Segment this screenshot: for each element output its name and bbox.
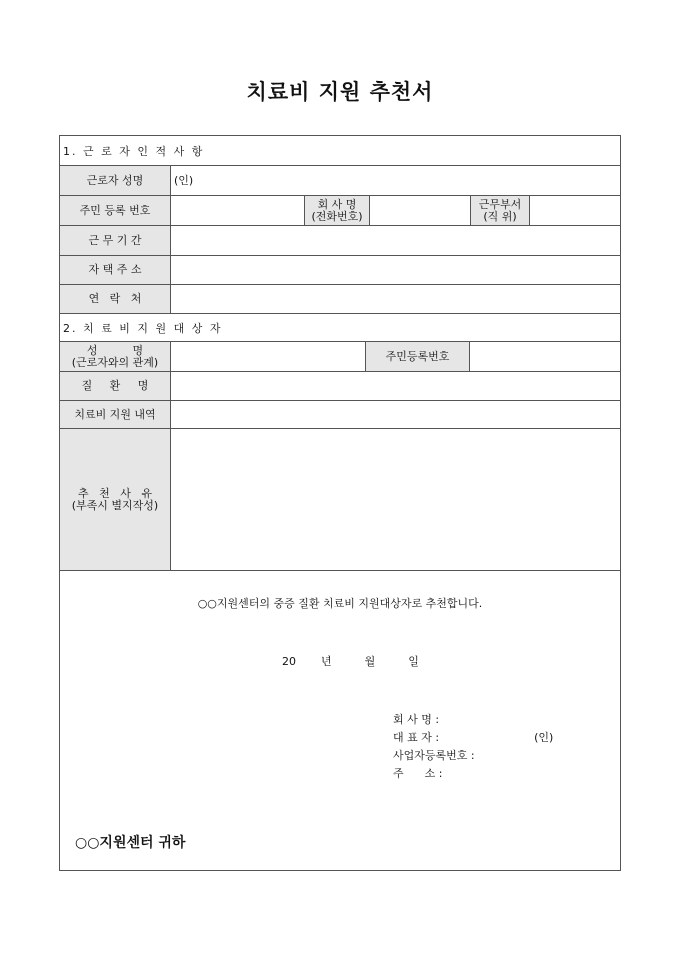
disease-row: 질 환 명 bbox=[60, 372, 620, 401]
work-period-label: 근 무 기 간 bbox=[60, 226, 171, 255]
signature-block: 회 사 명 : 대 표 자 : (인) 사업자등록번호 : 주 소 : bbox=[393, 711, 553, 783]
document-title: 치료비 지원 추천서 bbox=[0, 76, 680, 106]
signature-address-line: 주 소 : bbox=[393, 765, 553, 783]
section1-heading: 1. 근 로 자 인 적 사 항 bbox=[60, 136, 620, 165]
reason-row: 추 천 사 유 (부족시 별지작성) bbox=[60, 429, 620, 571]
contact-row: 연 락 처 bbox=[60, 285, 620, 314]
company-field[interactable] bbox=[370, 196, 470, 225]
department-label-line1: 근무부서 bbox=[479, 199, 522, 211]
contact-label: 연 락 처 bbox=[60, 285, 171, 313]
department-label: 근무부서 (직 위) bbox=[470, 196, 530, 225]
section2-header-row: 2. 치 료 비 지 원 대 상 자 bbox=[60, 314, 620, 342]
signature-company-label: 회 사 명 : bbox=[393, 713, 439, 726]
patient-name-label: 성 명 (근로자와의 관계) bbox=[60, 342, 171, 371]
worker-name-row: 근로자 성명 (인) bbox=[60, 166, 620, 196]
seal-mark: (인) bbox=[174, 175, 193, 187]
signature-representative-line: 대 표 자 : (인) bbox=[393, 729, 553, 747]
signature-company-line: 회 사 명 : bbox=[393, 711, 553, 729]
patient-name-label-line2: (근로자와의 관계) bbox=[72, 357, 158, 369]
contact-field[interactable] bbox=[171, 285, 620, 313]
disease-label: 질 환 명 bbox=[60, 372, 171, 400]
date-month-unit: 월 bbox=[365, 653, 376, 669]
signature-representative-label: 대 표 자 : bbox=[393, 731, 439, 744]
department-field[interactable] bbox=[530, 196, 620, 225]
home-address-label: 자 택 주 소 bbox=[60, 256, 171, 284]
patient-resident-number-label: 주민등록번호 bbox=[365, 342, 470, 371]
worker-name-label: 근로자 성명 bbox=[60, 166, 171, 195]
reason-field[interactable] bbox=[171, 429, 620, 570]
date-line: 20 년 월 일 bbox=[282, 653, 419, 669]
section2-heading: 2. 치 료 비 지 원 대 상 자 bbox=[60, 314, 620, 341]
patient-name-label-line1: 성 명 bbox=[87, 345, 143, 357]
recommendation-footer: ○○지원센터의 중증 질환 치료비 지원대상자로 추천합니다. 20 년 월 일… bbox=[60, 571, 620, 871]
signature-business-number-line: 사업자등록번호 : bbox=[393, 747, 553, 765]
support-details-row: 치료비 지원 내역 bbox=[60, 401, 620, 429]
reason-label: 추 천 사 유 (부족시 별지작성) bbox=[60, 429, 171, 570]
department-label-line2: (직 위) bbox=[483, 211, 516, 223]
work-period-row: 근 무 기 간 bbox=[60, 226, 620, 256]
signature-business-number-label: 사업자등록번호 : bbox=[393, 749, 475, 762]
date-day-unit: 일 bbox=[408, 653, 419, 669]
signature-address-label: 주 소 : bbox=[393, 767, 442, 780]
company-label: 회 사 명 (전화번호) bbox=[304, 196, 370, 225]
reason-label-line2: (부족시 별지작성) bbox=[72, 500, 158, 512]
section1-header-row: 1. 근 로 자 인 적 사 항 bbox=[60, 136, 620, 166]
patient-row: 성 명 (근로자와의 관계) 주민등록번호 bbox=[60, 342, 620, 372]
work-period-field[interactable] bbox=[171, 226, 620, 255]
home-address-field[interactable] bbox=[171, 256, 620, 284]
signature-seal-mark: (인) bbox=[534, 731, 553, 744]
home-address-row: 자 택 주 소 bbox=[60, 256, 620, 285]
recommendation-statement: ○○지원센터의 중증 질환 치료비 지원대상자로 추천합니다. bbox=[60, 595, 620, 611]
patient-name-field[interactable] bbox=[171, 342, 365, 371]
company-label-line1: 회 사 명 bbox=[318, 199, 357, 211]
company-label-line2: (전화번호) bbox=[311, 211, 362, 223]
support-details-label: 치료비 지원 내역 bbox=[60, 401, 171, 428]
date-year-unit: 년 bbox=[321, 653, 332, 669]
support-details-field[interactable] bbox=[171, 401, 620, 428]
worker-id-row: 주민 등록 번호 회 사 명 (전화번호) 근무부서 (직 위) bbox=[60, 196, 620, 226]
date-year-prefix: 20 bbox=[282, 655, 296, 668]
patient-resident-number-field[interactable] bbox=[470, 342, 620, 371]
reason-label-line1: 추 천 사 유 bbox=[78, 488, 152, 500]
disease-field[interactable] bbox=[171, 372, 620, 400]
worker-name-field[interactable]: (인) bbox=[171, 166, 620, 195]
resident-number-field[interactable] bbox=[171, 196, 304, 225]
addressee: ○○지원센터 귀하 bbox=[75, 832, 185, 852]
resident-number-label: 주민 등록 번호 bbox=[60, 196, 171, 225]
recommendation-form: 1. 근 로 자 인 적 사 항 근로자 성명 (인) 주민 등록 번호 회 사… bbox=[59, 135, 621, 871]
